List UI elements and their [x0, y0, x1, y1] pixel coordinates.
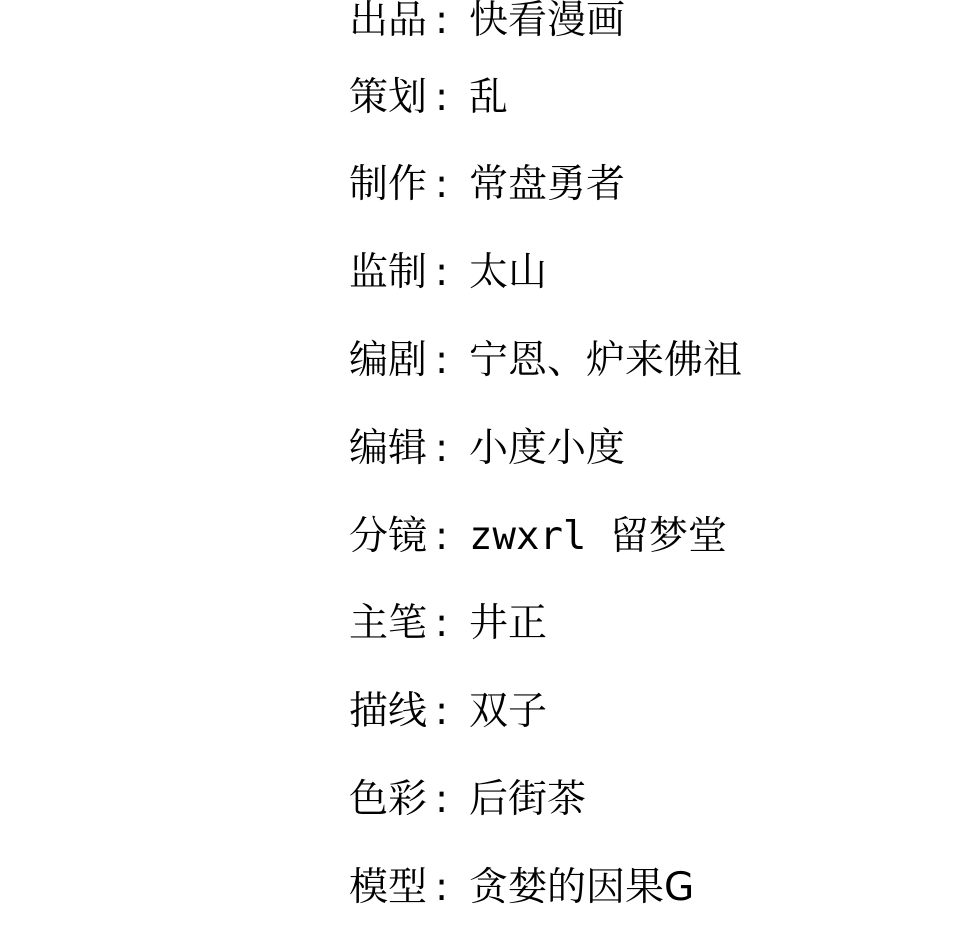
- credit-separator: :: [429, 868, 469, 907]
- credit-name: 乱: [469, 78, 508, 117]
- credit-row-supervisor: 监制 : 太山: [349, 229, 949, 317]
- credit-separator: :: [429, 517, 469, 556]
- credit-name: 太山: [469, 253, 547, 292]
- credit-role: 策划: [349, 78, 429, 117]
- credit-row-colorist: 色彩 : 后街茶: [349, 756, 949, 844]
- credit-separator: :: [429, 78, 469, 117]
- credit-row-screenwriter: 编剧 : 宁恩、炉来佛祖: [349, 317, 949, 405]
- credit-role: 制作: [349, 165, 429, 204]
- credit-separator: :: [429, 429, 469, 468]
- credit-name: 宁恩、炉来佛祖: [469, 341, 742, 380]
- credits-list: 出品 : 快看漫画 策划 : 乱 制作 : 常盘勇者 监制 : 太山 编剧 : …: [349, 1, 949, 931]
- credit-name: 井正: [469, 604, 547, 643]
- credit-separator: :: [429, 780, 469, 819]
- credit-role: 主笔: [349, 604, 429, 643]
- credit-role: 出品: [349, 1, 429, 40]
- credit-role: 编辑: [349, 429, 429, 468]
- credit-name: 贪婪的因果G: [469, 868, 694, 907]
- credit-role: 监制: [349, 253, 429, 292]
- credit-name: zwxrl 留梦堂: [469, 517, 727, 556]
- credit-row-planning: 策划 : 乱: [349, 53, 949, 141]
- credit-separator: :: [429, 253, 469, 292]
- credit-row-editor: 编辑 : 小度小度: [349, 404, 949, 492]
- credit-row-model: 模型 : 贪婪的因果G: [349, 843, 949, 931]
- credit-role: 描线: [349, 692, 429, 731]
- credit-name: 双子: [469, 692, 547, 731]
- credit-name: 小度小度: [469, 429, 625, 468]
- credit-row-production: 制作 : 常盘勇者: [349, 141, 949, 229]
- credit-separator: :: [429, 1, 469, 40]
- credit-separator: :: [429, 692, 469, 731]
- credit-row-publisher: 出品 : 快看漫画: [349, 1, 949, 53]
- credit-row-lead-artist: 主笔 : 井正: [349, 580, 949, 668]
- credit-row-line-art: 描线 : 双子: [349, 668, 949, 756]
- credit-role: 模型: [349, 868, 429, 907]
- credit-name: 后街茶: [469, 780, 586, 819]
- credit-separator: :: [429, 165, 469, 204]
- credit-separator: :: [429, 604, 469, 643]
- credit-role: 分镜: [349, 517, 429, 556]
- credit-role: 编剧: [349, 341, 429, 380]
- credit-name: 快看漫画: [469, 1, 625, 40]
- credit-name: 常盘勇者: [469, 165, 625, 204]
- credit-separator: :: [429, 341, 469, 380]
- credit-role: 色彩: [349, 780, 429, 819]
- credit-row-storyboard: 分镜 : zwxrl 留梦堂: [349, 492, 949, 580]
